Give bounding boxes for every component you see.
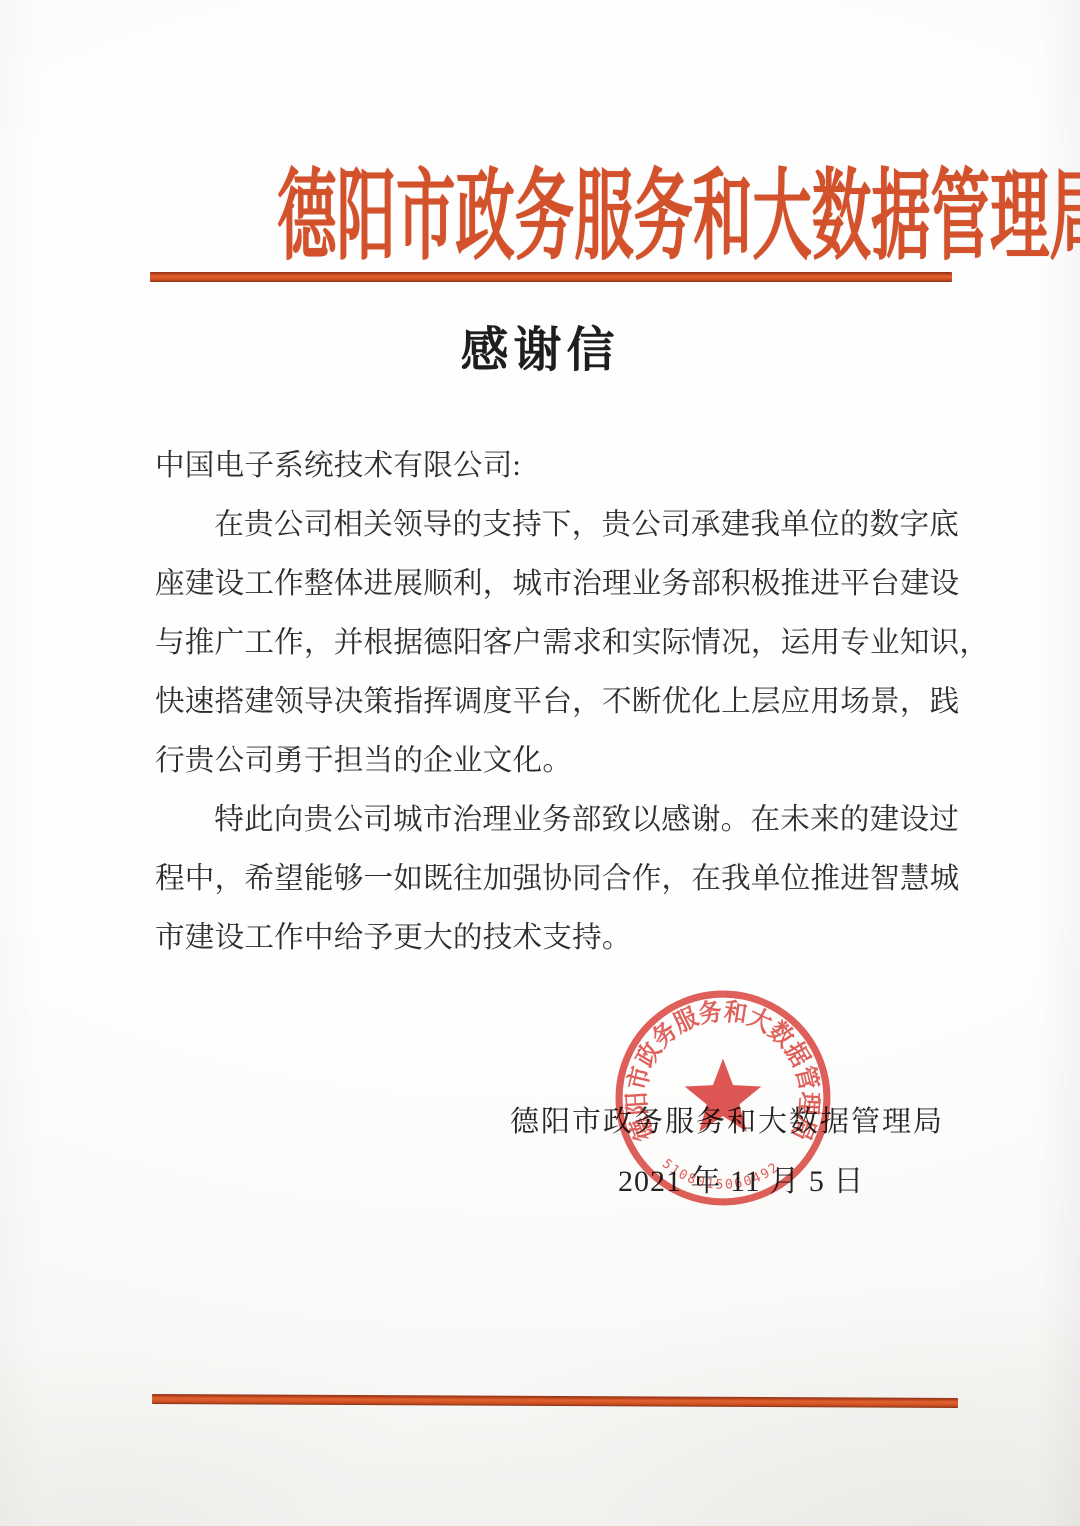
letterhead-divider	[150, 272, 952, 282]
seal-star-icon	[685, 1059, 762, 1132]
letterhead: 德阳市政务服务和大数据管理局	[0, 162, 1080, 274]
letter-page: 德阳市政务服务和大数据管理局 感谢信 中国电子系统技术有限公司: 在贵公司相关领…	[0, 0, 1080, 1526]
salutation: 中国电子系统技术有限公司:	[155, 437, 957, 496]
body-line: 市建设工作中给予更大的技术支持。	[155, 909, 957, 968]
seal-code-container: 5108015060492	[659, 1156, 783, 1192]
body-line: 在贵公司相关领导的支持下，贵公司承建我单位的数字底	[155, 496, 957, 555]
body-line: 程中，希望能够一如既往加强协同合作，在我单位推进智慧城	[155, 850, 957, 909]
body-line: 与推广工作，并根据德阳客户需求和实际情况，运用专业知识，	[155, 614, 957, 673]
official-seal: 德阳市政务服务和大数据管理局 5108015060492	[611, 986, 835, 1210]
body-line: 座建设工作整体进展顺利，城市治理业务部积极推进平台建设	[155, 555, 957, 614]
seal-code: 5108015060492	[659, 1156, 783, 1192]
footer-divider	[152, 1394, 958, 1408]
body-line: 快速搭建领导决策指挥调度平台，不断优化上层应用场景，践	[155, 673, 957, 732]
letter-body: 中国电子系统技术有限公司: 在贵公司相关领导的支持下，贵公司承建我单位的数字底 …	[155, 437, 957, 968]
org-name-title: 德阳市政务服务和大数据管理局	[277, 162, 1080, 274]
letter-title: 感谢信	[0, 323, 1080, 379]
body-line: 特此向贵公司城市治理业务部致以感谢。在未来的建设过	[155, 791, 957, 850]
body-line: 行贵公司勇于担当的企业文化。	[155, 732, 957, 791]
